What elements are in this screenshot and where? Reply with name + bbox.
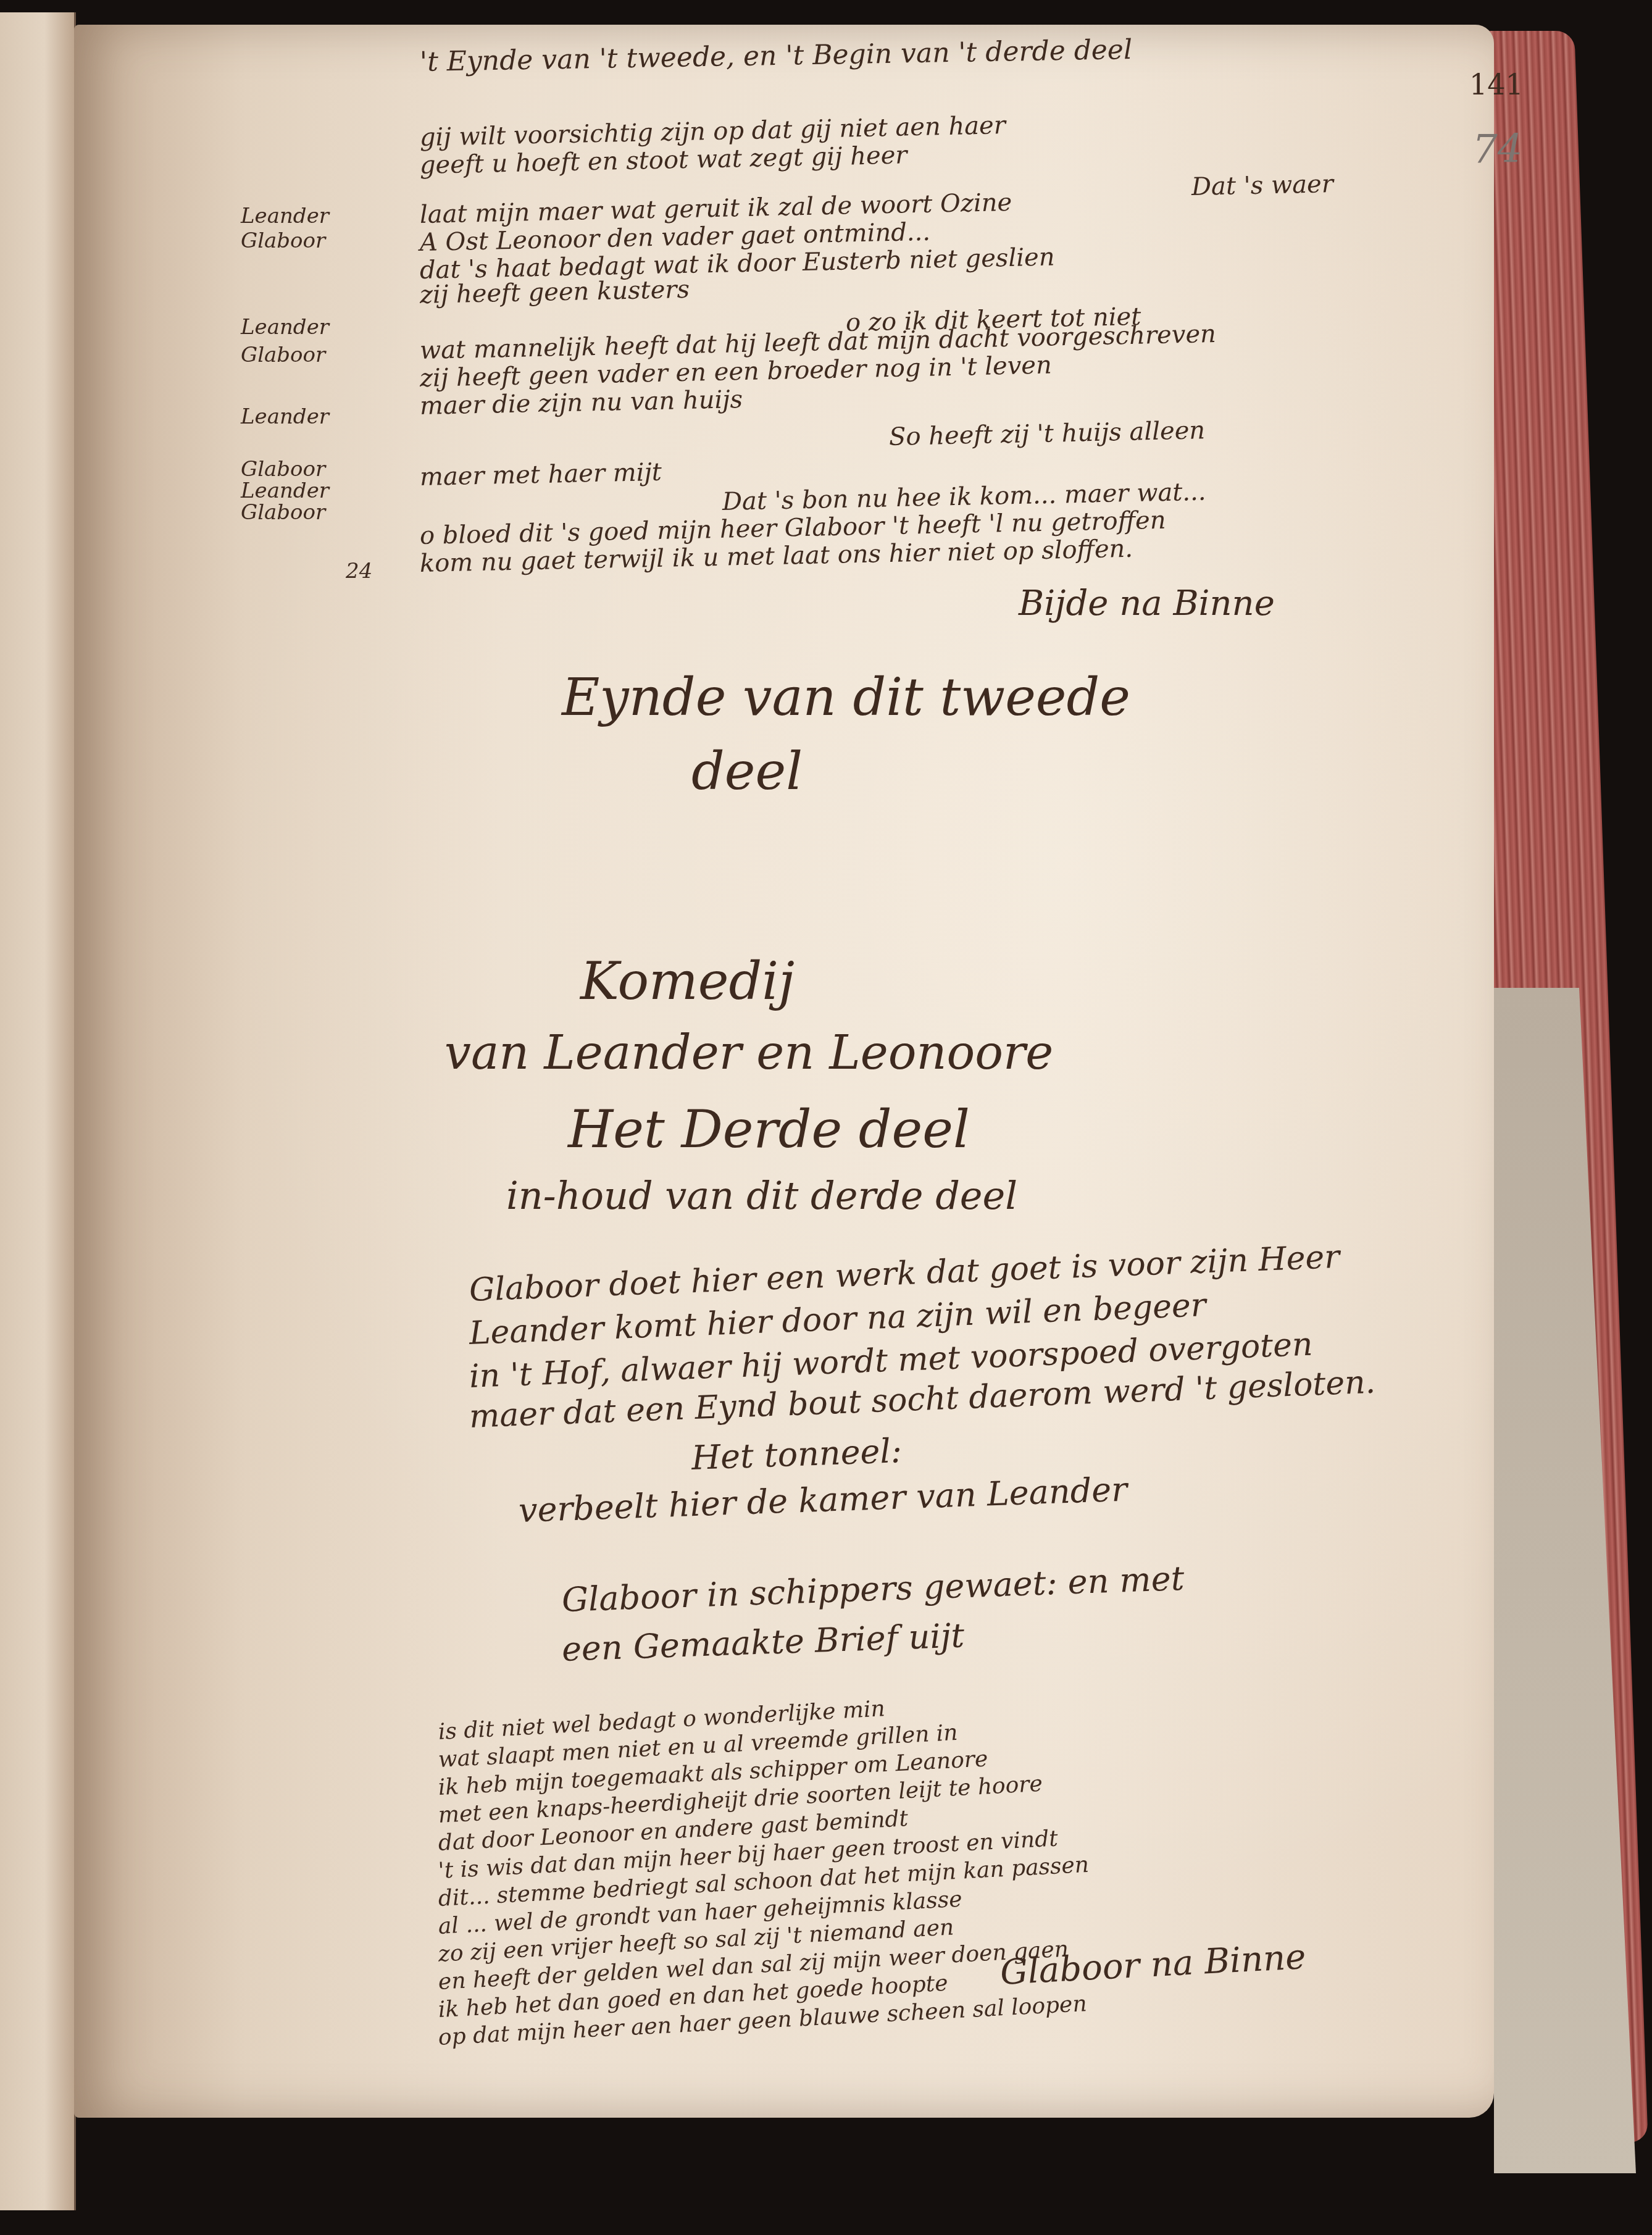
speaker-label: Leander xyxy=(241,404,329,429)
contents-heading: in-houd van dit derde deel xyxy=(506,1173,1017,1218)
scene-heading-title: Het tonneel: xyxy=(691,1431,903,1477)
dialogue-line: So heeft zij 't huijs alleen xyxy=(889,416,1206,451)
speaker-label: Glaboor xyxy=(241,457,325,482)
speaker-label: Leander xyxy=(241,315,329,340)
dialogue-line: Dat 's waer xyxy=(1191,170,1334,201)
play-title-komedij: Komedij xyxy=(580,951,795,1011)
end-title-line-1: Eynde van dit tweede xyxy=(562,667,1130,727)
manuscript-page: 't Eynde van 't tweede, en 't Begin van … xyxy=(74,25,1494,2118)
play-title-subtitle: van Leander en Leonoore xyxy=(444,1025,1053,1080)
stage-direction-exit: Bijde na Binne xyxy=(1019,583,1275,624)
left-verso-page xyxy=(0,12,76,2210)
margin-mark: 24 xyxy=(346,559,372,583)
scene-heading-line: een Gemaakte Brief uijt xyxy=(561,1616,965,1669)
scene-heading-line: Glaboor in schippers gewaet: en met xyxy=(561,1559,1185,1619)
running-header: 't Eynde van 't tweede, en 't Begin van … xyxy=(420,34,1133,78)
speaker-label: Leander xyxy=(241,478,329,503)
folio-number: 141 xyxy=(1469,68,1524,101)
scene-heading-line: verbeelt hier de kamer van Leander xyxy=(518,1470,1128,1530)
speaker-label: Leander xyxy=(241,204,329,228)
play-title-part: Het Derde deel xyxy=(568,1099,970,1159)
speaker-label: Glaboor xyxy=(241,228,325,253)
end-title-line-2: deel xyxy=(691,741,803,801)
speaker-label: Glaboor xyxy=(241,500,325,525)
speaker-label: Glaboor xyxy=(241,343,325,367)
dialogue-line: zij heeft geen kusters xyxy=(420,275,690,309)
dialogue-line: maer met haer mijt xyxy=(420,458,662,491)
dialogue-line: maer die zijn nu van huijs xyxy=(420,385,743,420)
pencil-folio-number: 74 xyxy=(1472,127,1522,172)
